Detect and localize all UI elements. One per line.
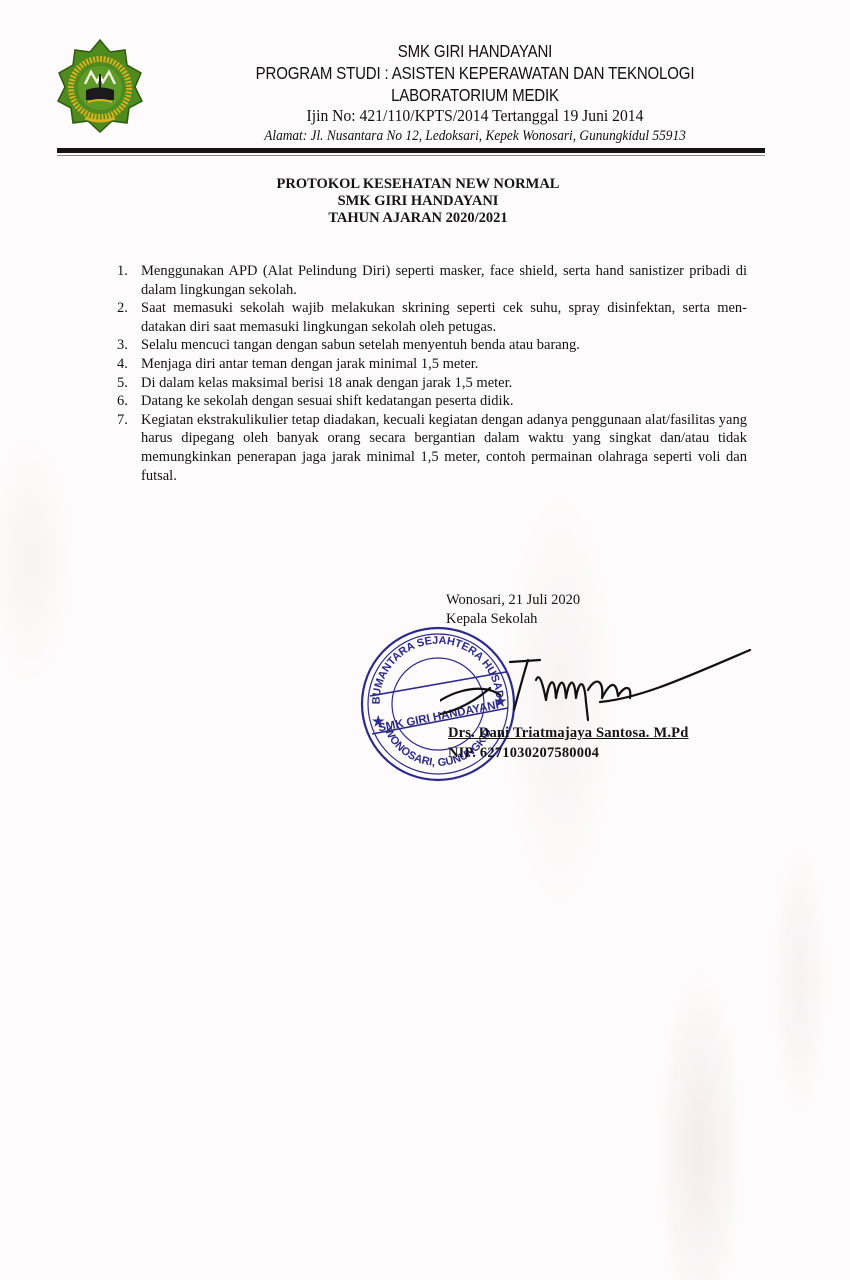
item-number: 4. (117, 355, 128, 374)
list-item: 7.Kegiatan ekstrakulikulier tetap diadak… (117, 411, 747, 485)
place-date: Wonosari, 21 Juli 2020 (446, 591, 580, 610)
signature-scribble (440, 640, 760, 730)
letterhead-address: Alamat: Jl. Nusantara No 12, Ledoksari, … (176, 128, 774, 145)
item-text: Selalu mencuci tangan dengan sabun setel… (141, 336, 747, 355)
item-text: Menggunakan APD (Alat Pelindung Diri) se… (141, 262, 747, 299)
item-text: Menjaga diri antar teman dengan jarak mi… (141, 355, 747, 374)
item-text: Datang ke sekolah dengan sesuai shift ke… (141, 392, 747, 411)
item-number: 6. (117, 392, 128, 411)
list-item: 1.Menggunakan APD (Alat Pelindung Diri) … (117, 262, 747, 299)
item-text: Kegiatan ekstrakulikulier tetap diadakan… (141, 411, 747, 485)
item-number: 7. (117, 411, 128, 430)
title-line-2: SMK GIRI HANDAYANI (0, 193, 836, 210)
school-crest-icon (55, 38, 145, 134)
list-item: 2.Saat memasuki sekolah wajib melakukan … (117, 299, 747, 336)
list-item: 3.Selalu mencuci tangan dengan sabun set… (117, 336, 747, 355)
letterhead-school-name: SMK GIRI HANDAYANI (196, 41, 755, 62)
letterhead-permit: Ijin No: 421/110/KPTS/2014 Tertanggal 19… (176, 106, 774, 126)
item-number: 1. (117, 262, 128, 281)
title-line-3: TAHUN AJARAN 2020/2021 (0, 210, 836, 227)
document-title: PROTOKOL KESEHATAN NEW NORMAL SMK GIRI H… (0, 176, 836, 227)
item-number: 3. (117, 336, 128, 355)
item-number: 5. (117, 374, 128, 393)
title-line-1: PROTOKOL KESEHATAN NEW NORMAL (0, 176, 836, 193)
item-number: 2. (117, 299, 128, 318)
protocol-list: 1.Menggunakan APD (Alat Pelindung Diri) … (117, 262, 747, 485)
svg-text:★: ★ (372, 713, 385, 729)
item-text: Saat memasuki sekolah wajib melakukan sk… (141, 299, 747, 336)
letterhead-program: PROGRAM STUDI : ASISTEN KEPERAWATAN DAN … (196, 63, 755, 84)
letterhead-divider (57, 148, 765, 153)
item-text: Di dalam kelas maksimal berisi 18 anak d… (141, 374, 747, 393)
signer-name: Drs. Dani Triatmajaya Santosa. M.Pd (448, 725, 688, 742)
letterhead-divider-thin (57, 155, 765, 156)
list-item: 6.Datang ke sekolah dengan sesuai shift … (117, 392, 747, 411)
signer-nip: NIP. 6271030207580004 (448, 745, 599, 762)
letterhead-program-cont: LABORATORIUM MEDIK (196, 85, 755, 106)
list-item: 5.Di dalam kelas maksimal berisi 18 anak… (117, 374, 747, 393)
list-item: 4.Menjaga diri antar teman dengan jarak … (117, 355, 747, 374)
